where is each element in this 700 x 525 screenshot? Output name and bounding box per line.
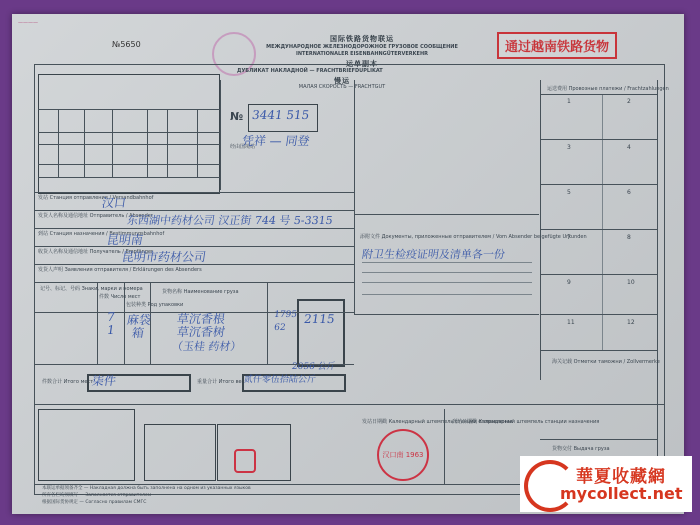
divider [34,192,354,193]
divider [540,139,657,140]
weight-total-label: 重量合计 Итого вес [197,379,244,385]
charge-cell-4: 4 [627,144,631,151]
divider [38,177,220,178]
declarations-label: 发货人声明 Заявления отправителя / Erklärunge… [38,267,202,273]
divider [540,229,657,230]
divider [97,282,98,364]
subtitle-ru: ДУБЛИКАТ НАКЛАДНОЙ — FRACHTBRIEFDUPLIKAT [237,68,437,74]
route-handwritten: 凭祥 — 同登 [241,132,311,149]
divider [664,64,665,494]
waybill-document: ———— №5650 国际铁路货物联运 МЕЖДУНАРОДНОЕ ЖЕЛЕЗН… [12,14,684,514]
divider [362,294,532,295]
count-total: 柒件 [91,372,117,389]
divider [540,184,657,185]
divider [34,282,354,283]
waybill-number-label: № [230,114,243,120]
charge-cell-2: 2 [627,98,631,105]
title-de: INTERNATIONALER EISENBAHNGÜTERVERKEHR [237,51,487,57]
round-date-stamp: 汉口南 1963 [377,429,429,481]
divider [147,109,148,177]
row2-packing: 箱 [131,324,145,341]
top-pink-note: ———— [18,20,38,26]
divider [84,109,85,177]
customs-note-label: 海关记载 Отметки таможни / Zollvermerke [552,359,660,365]
col-header-name: 货物名称 Наименование груза [162,289,239,295]
divider [657,80,658,480]
sender-station: 汉口 [101,194,127,211]
divider [602,94,603,350]
divider [540,314,657,315]
station-stamp-label: 到站日期戳 Календарный штемпель станции назна… [452,419,599,425]
charge-cell-11: 11 [567,319,575,326]
left-top-table [38,74,220,194]
col-header-packing: 包装种类 Род упаковки [126,302,183,308]
title-ru: МЕЖДУНАРОДНОЕ ЖЕЛЕЗНОДОРОЖНОЕ ГРУЗОВОЕ С… [237,44,487,50]
divider [167,109,168,177]
divider [540,439,657,440]
sender-station-label: 发站 Станция отправления / Versandbahnhof [38,195,153,201]
divider [38,144,220,145]
divider [112,109,113,177]
footer-note-2: 所有各栏均须填写 — Заполняется отправителем [42,493,151,499]
divider [34,228,354,229]
total-weight-note: 2056 公斤 [291,359,337,372]
divider [540,350,657,351]
divider [362,272,532,273]
row1-weight-rail: 2115 [303,312,336,326]
row1-weight-sender: 1795 [273,310,297,320]
consignee: 昆明市药材公司 [121,248,207,265]
col-header-marks: 记号、标记、号码 Знаки, марки и номера [40,286,143,292]
divider [34,364,354,365]
small-red-stamp [234,449,256,473]
sender: 东西湖中药材公司 汉正街 744 号 5-3315 [126,212,334,228]
divider [34,484,554,485]
mycollect-watermark: 華夏收藏網 mycollect.net [520,456,692,512]
charge-cell-6: 6 [627,189,631,196]
divider [362,282,532,283]
serial-number: №5650 [112,42,141,48]
delivered-label: 货物交付 Выдача груза [552,446,610,452]
charge-cell-7: 7 [567,234,571,241]
divider [540,80,541,380]
rail-weight-box [297,299,345,367]
row2-count: 1 [106,323,116,337]
divider [38,164,220,165]
footer-note-1: 本联运单据须备齐全 — Накладная должна быть заполн… [42,486,251,492]
divider [34,264,354,265]
divider [354,80,355,314]
charge-cell-1: 1 [567,98,571,105]
divider [38,132,220,133]
charges-header: 运送费用 Провозные платежи / Frachtzahlungen [547,86,669,92]
charge-cell-8: 8 [627,234,631,241]
row2-weight-sender: 62 [273,323,286,333]
attached-docs: 附卫生检疫证明及清单各一份 [361,246,506,262]
station-stamp-box-1 [144,424,216,481]
sender-signature-box [38,409,135,481]
count-total-label: 件数合计 Итого мест [42,379,93,385]
footer-note-3: 根据国际货协规定 — Согласно правилам СМГС [42,500,146,506]
divider [34,210,354,211]
divider [540,94,657,95]
title-cn: 国际铁路货物联运 [262,34,462,44]
row1-count: 7 [106,310,116,324]
charge-cell-3: 3 [567,144,571,151]
charge-cell-9: 9 [567,279,571,286]
charge-cell-5: 5 [567,189,571,196]
waybill-number: 3441 515 [251,108,310,122]
divider [540,274,657,275]
divider [354,314,539,315]
attached-docs-label: 添附文件 Документы, приложенные отправителем… [360,234,587,240]
destination-station-label: 到站 Станция назначения / Bestimmungsbahnh… [38,231,164,237]
divider [354,214,539,215]
divider [362,262,532,263]
divider [38,109,220,110]
divider [220,80,221,190]
transit-stamp: 通过越南铁路货物 [497,32,617,59]
charge-cell-12: 12 [627,319,635,326]
divider [444,409,445,484]
divider [34,246,354,247]
divider [267,282,268,364]
row3-name: （玉桂 药材） [171,338,243,354]
divider [34,64,664,65]
divider [34,404,664,405]
divider [58,109,59,177]
divider [34,64,35,494]
speed-ru: МАЛАЯ СКОРОСТЬ — FRACHTGUT [267,84,417,90]
watermark-en: mycollect.net [560,484,683,503]
charge-cell-10: 10 [627,279,635,286]
weight-total: 贰仟零伍拾陆公斤 [243,372,317,385]
divider [197,109,198,177]
col-header-count: 件数 Число мест [99,294,140,300]
